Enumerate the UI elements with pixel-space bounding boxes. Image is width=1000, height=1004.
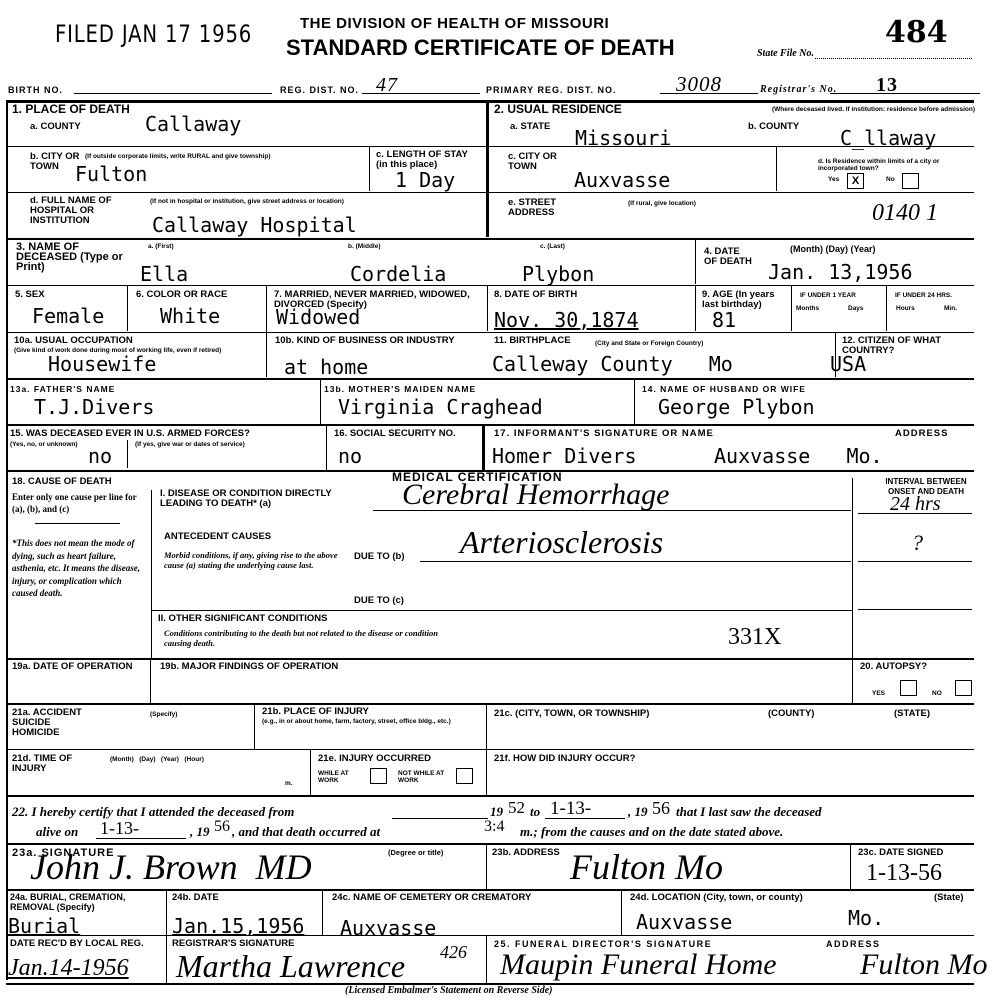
rule	[6, 795, 974, 797]
dob-label: 8. DATE OF BIRTH	[494, 290, 577, 300]
under-24-hrs-label: IF UNDER 24 HRS.	[895, 292, 952, 299]
disease-label: I. DISEASE OR CONDITION DIRECTLY LEADING…	[160, 489, 375, 509]
place-of-death-label: 1. PLACE OF DEATH	[12, 104, 130, 114]
rule	[6, 658, 974, 660]
burial-date-label: 24b. DATE	[172, 893, 219, 903]
classification-code: 331X	[728, 624, 781, 651]
rule	[6, 238, 974, 240]
occupation-label: 10a. USUAL OCCUPATION	[14, 336, 133, 346]
injury-occurred-label: 21e. INJURY OCCURRED	[318, 754, 431, 764]
age-label: 9. AGE (In years last birthday)	[702, 290, 792, 310]
degree-label: (Degree or title)	[388, 849, 443, 856]
reg-dist-line	[362, 93, 480, 94]
injury-county-label: (COUNTY)	[768, 709, 814, 719]
while-at-work-checkbox[interactable]	[370, 768, 387, 784]
rule	[886, 285, 887, 331]
physician-address-label: 23b. ADDRESS	[492, 848, 560, 858]
street-address-note: (If rural, give location)	[628, 200, 696, 207]
footer-note: (Licensed Embalmer's Statement on Revers…	[345, 985, 552, 996]
armed-forces-note-2: (If yes, give war or dates of service)	[135, 441, 245, 448]
race-value: White	[160, 304, 220, 328]
rule	[545, 818, 625, 819]
armed-forces-note-1: (Yes, no, or unknown)	[10, 441, 78, 448]
mother-label: 13b. MOTHER'S MAIDEN NAME	[324, 384, 476, 394]
rule	[6, 378, 974, 380]
rule	[6, 703, 974, 705]
disposition-label: 24a. BURIAL, CREMATION, REMOVAL (Specify…	[10, 892, 160, 912]
business-label: 10b. KIND OF BUSINESS OR INDUSTRY	[275, 336, 480, 346]
autopsy-label: 20. AUTOPSY?	[860, 662, 927, 672]
burial-state-label: (State)	[934, 893, 964, 903]
physician-address: Fulton Mo	[570, 846, 723, 888]
cause-instructions: Enter only one cause per line for (a), (…	[12, 491, 147, 515]
no-label: No	[886, 176, 895, 183]
rule	[6, 424, 974, 426]
rule	[486, 843, 487, 889]
physician-signature: John J. Brown MD	[30, 846, 312, 888]
autopsy-yes-checkbox[interactable]	[900, 680, 917, 696]
cause-note: *This does not mean the mode of dying, s…	[12, 537, 147, 600]
hours-label: Hours	[896, 305, 915, 312]
hospital-value: Callaway Hospital	[152, 213, 357, 237]
res-state-value: Missouri	[575, 126, 671, 150]
marital-value: Widowed	[276, 305, 360, 329]
birthplace-label: 11. BIRTHPLACE	[494, 336, 571, 346]
division-heading: THE DIVISION OF HEALTH OF MISSOURI	[300, 15, 609, 32]
cause-a-value: Cerebral Hemorrhage	[402, 478, 669, 512]
street-address-label: e. STREET ADDRESS	[508, 198, 578, 218]
rule	[621, 889, 622, 935]
sex-label: 5. SEX	[15, 290, 45, 300]
registrar-code: 426	[440, 942, 467, 963]
rule	[166, 889, 167, 983]
rule	[254, 703, 255, 749]
cert-19-prefix-2: , 19	[628, 804, 648, 820]
res-county-value: C_llaway	[840, 126, 936, 150]
rule	[151, 490, 152, 658]
burial-state-value: Mo.	[848, 906, 884, 930]
cert-line-1a: 22. I hereby certify that I attended the…	[12, 804, 294, 820]
sex-value: Female	[32, 304, 104, 328]
date-received-value: Jan.14-1956	[8, 955, 129, 982]
armed-forces-value: no	[88, 444, 112, 468]
spouse-value: George Plybon	[658, 395, 815, 419]
street-address-code: 0140 1	[872, 200, 938, 227]
informant-label: 17. INFORMANT'S SIGNATURE OR NAME	[494, 429, 714, 439]
usual-residence-label: 2. USUAL RESIDENCE	[494, 104, 622, 114]
citizen-value: USA	[830, 352, 866, 376]
res-city-value: Auxvasse	[574, 168, 670, 192]
rule	[35, 523, 120, 524]
city-limits-yes-checkbox[interactable]: X	[847, 173, 864, 189]
under-1-year-label: IF UNDER 1 YEAR	[800, 292, 856, 299]
state-file-label: State File No.	[757, 48, 814, 59]
rule	[858, 561, 972, 562]
informant-address-value: Auxvasse Mo.	[714, 444, 883, 468]
operation-date-label: 19a. DATE OF OPERATION	[12, 662, 142, 672]
date-of-death-value: Jan. 13,1956	[768, 260, 913, 284]
res-county-label: b. COUNTY	[748, 122, 799, 132]
other-conditions-label: II. OTHER SIGNIFICANT CONDITIONS	[158, 614, 327, 624]
rule	[266, 285, 267, 377]
cemetery-value: Auxvasse	[340, 916, 436, 940]
date-of-death-label: 4. DATE OF DEATH	[704, 247, 754, 267]
rule	[486, 935, 487, 983]
rule	[852, 478, 853, 658]
rule	[776, 146, 777, 191]
rule	[6, 843, 974, 845]
how-injury-label: 21f. HOW DID INJURY OCCUR?	[494, 754, 635, 764]
rule	[634, 378, 635, 424]
not-while-at-work-label: NOT WHILE AT WORK	[398, 770, 454, 784]
antecedent-note: Morbid conditions, if any, giving rise t…	[164, 550, 354, 570]
city-limits-label: d. Is Residence within limits of a city …	[818, 158, 968, 172]
injury-city-label: 21c. (CITY, TOWN, OR TOWNSHIP)	[494, 709, 649, 719]
rule	[322, 889, 323, 935]
mother-value: Virginia Craghead	[338, 395, 543, 419]
cert-alive-on: 1-13-	[100, 818, 139, 839]
father-label: 13a. FATHER'S NAME	[10, 384, 115, 394]
registrar-no-line	[830, 93, 980, 94]
primary-reg-label: PRIMARY REG. DIST. NO.	[486, 85, 617, 95]
birth-no-label: BIRTH NO.	[8, 85, 63, 95]
primary-reg-line	[660, 93, 758, 94]
rule	[6, 935, 974, 936]
time-of-injury-cols: (Month) (Day) (Year) (Hour)	[110, 756, 204, 763]
rule	[420, 561, 851, 562]
cert-line-2b: , and that death occurred at	[232, 824, 380, 840]
registrar-signature: Martha Lawrence	[176, 948, 405, 985]
rule	[488, 192, 974, 193]
hospital-note: (If not in hospital or institution, give…	[150, 198, 480, 205]
autopsy-yes-label: YES	[872, 690, 885, 697]
rule	[6, 332, 974, 333]
spouse-label: 14. NAME OF HUSBAND OR WIFE	[642, 384, 806, 394]
ssn-label: 16. SOCIAL SECURITY NO.	[334, 429, 477, 439]
date-of-death-cols: (Month) (Day) (Year)	[790, 246, 876, 253]
cert-to-year: 56	[652, 798, 670, 819]
rule	[6, 100, 974, 103]
burial-location-value: Auxvasse	[636, 910, 732, 934]
cause-b-value: Arteriosclerosis	[460, 524, 663, 561]
accident-label: 21a. ACCIDENT SUICIDE HOMICIDE	[12, 708, 92, 738]
last-name-label: c. (Last)	[540, 243, 565, 250]
death-county-value: Callaway	[145, 112, 241, 136]
rule	[326, 424, 327, 470]
rule	[486, 100, 489, 237]
rule	[695, 238, 696, 284]
date-received-label: DATE REC'D BY LOCAL REG.	[10, 939, 160, 949]
registrar-no-label: Registrar's No.	[760, 84, 837, 95]
rule	[852, 658, 853, 704]
length-of-stay-value: 1 Day	[395, 168, 455, 192]
occupation-value: Housewife	[48, 352, 156, 376]
while-at-work-label: WHILE AT WORK	[318, 770, 364, 784]
length-of-stay-label: c. LENGTH OF STAY (in this place)	[376, 150, 481, 170]
rule	[850, 843, 851, 889]
cert-death-time: 3:4	[484, 818, 504, 836]
informant-address-label: ADDRESS	[895, 429, 948, 439]
funeral-address-value: Fulton Mo	[860, 948, 988, 982]
informant-value: Homer Divers	[492, 444, 637, 468]
rule	[6, 889, 974, 891]
operation-findings-label: 19b. MAJOR FINDINGS OF OPERATION	[160, 662, 338, 672]
rule	[6, 749, 974, 750]
ssn-value: no	[338, 444, 362, 468]
rule	[392, 818, 488, 819]
rule	[151, 610, 852, 611]
birth-no-line	[74, 93, 272, 94]
cemetery-label: 24c. NAME OF CEMETERY OR CREMATORY	[332, 893, 531, 903]
rule	[858, 609, 972, 610]
age-value: 81	[712, 308, 736, 332]
cert-alive-year: 56	[214, 818, 230, 836]
state-file-number: 484	[885, 15, 948, 50]
last-name-value: Plybon	[522, 262, 594, 286]
injury-state-label: (STATE)	[894, 709, 930, 719]
hospital-label: d. FULL NAME OF HOSPITAL OR INSTITUTION	[30, 196, 140, 226]
rule	[6, 146, 486, 147]
city-limits-no-checkbox[interactable]	[902, 173, 919, 189]
rule	[150, 658, 151, 704]
rule	[310, 749, 311, 795]
res-city-label: c. CITY OR TOWN	[508, 152, 558, 172]
burial-date-value: Jan.15,1956	[172, 914, 304, 938]
middle-name-value: Cordelia	[350, 262, 446, 286]
date-signed-value: 1-13-56	[866, 860, 942, 887]
dob-value: Nov. 30,1874	[494, 308, 639, 332]
rule	[6, 100, 8, 980]
due-to-c-label: DUE TO (c)	[354, 596, 404, 606]
days-label: Days	[848, 305, 864, 312]
cert-line-1b: that I last saw the deceased	[676, 804, 822, 820]
rule	[482, 424, 485, 470]
antecedent-label: ANTECEDENT CAUSES	[164, 532, 271, 542]
burial-location-label: 24d. LOCATION (City, town, or county)	[630, 893, 803, 903]
rule	[127, 440, 128, 468]
deceased-name-label: 3. NAME OF DECEASED (Type or Print)	[16, 242, 126, 272]
rule	[96, 838, 186, 839]
accident-specify: (Specify)	[150, 711, 177, 718]
place-injury-note: (e.g., in or about home, farm, factory, …	[262, 718, 482, 725]
death-city-value: Fulton	[75, 162, 147, 186]
min-label: Min.	[944, 305, 957, 312]
time-of-injury-label: 21d. TIME OF INJURY	[12, 754, 82, 774]
first-name-value: Ella	[140, 262, 188, 286]
reg-dist-label: REG. DIST. NO.	[280, 85, 359, 95]
first-name-label: a. (First)	[148, 243, 174, 250]
yes-label: Yes	[828, 176, 839, 183]
death-county-label: a. COUNTY	[30, 122, 81, 132]
cert-line-2c: m.; from the causes and on the date stat…	[520, 824, 783, 840]
cert-to-date: 1-13-	[550, 798, 591, 820]
race-label: 6. COLOR OR RACE	[136, 290, 227, 300]
rule	[487, 285, 488, 331]
interval-b-value: ?	[912, 530, 923, 556]
rule	[127, 285, 128, 331]
cert-line-2a: alive on	[36, 824, 78, 840]
cert-19-prefix-3: , 19	[190, 824, 210, 840]
m-suffix: m.	[285, 780, 293, 787]
certificate-title: STANDARD CERTIFICATE OF DEATH	[286, 35, 675, 61]
autopsy-no-checkbox[interactable]	[955, 680, 972, 696]
death-city-note: (If outside corporate limits, write RURA…	[85, 153, 350, 160]
not-while-at-work-checkbox[interactable]	[456, 768, 473, 784]
due-to-b-label: DUE TO (b)	[354, 552, 405, 562]
business-value: at home	[284, 355, 368, 379]
autopsy-no-label: NO	[932, 690, 942, 697]
funeral-director-signature: Maupin Funeral Home	[500, 948, 777, 982]
cert-from-year: 52	[508, 798, 525, 818]
rule	[320, 378, 321, 424]
birthplace-note: (City and State or Foreign Country)	[595, 340, 703, 347]
months-label: Months	[796, 305, 819, 312]
disposition-value: Burial	[8, 914, 80, 938]
middle-name-label: b. (Middle)	[348, 243, 381, 250]
res-state-label: a. STATE	[510, 122, 550, 132]
rule	[6, 192, 486, 193]
date-signed-label: 23c. DATE SIGNED	[858, 848, 943, 858]
filed-stamp: FILED JAN 17 1956	[55, 20, 252, 48]
rule	[369, 146, 370, 191]
other-conditions-note: Conditions contributing to the death but…	[164, 628, 464, 648]
rule	[695, 285, 696, 331]
registration-line: BIRTH NO. REG. DIST. NO. 47 PRIMARY REG.…	[8, 80, 978, 96]
death-city-label: b. CITY OR TOWN	[30, 152, 80, 172]
usual-residence-note: (Where deceased lived. If institution: r…	[700, 106, 975, 113]
cause-of-death-label: 18. CAUSE OF DEATH	[12, 477, 112, 487]
birthplace-value: Calleway County Mo	[492, 352, 733, 376]
cert-to-label: to	[530, 804, 540, 820]
armed-forces-label: 15. WAS DECEASED EVER IN U.S. ARMED FORC…	[10, 429, 250, 439]
rule	[858, 513, 972, 514]
father-value: T.J.Divers	[34, 395, 154, 419]
state-file-line	[815, 58, 972, 59]
place-injury-label: 21b. PLACE OF INJURY	[262, 707, 369, 717]
